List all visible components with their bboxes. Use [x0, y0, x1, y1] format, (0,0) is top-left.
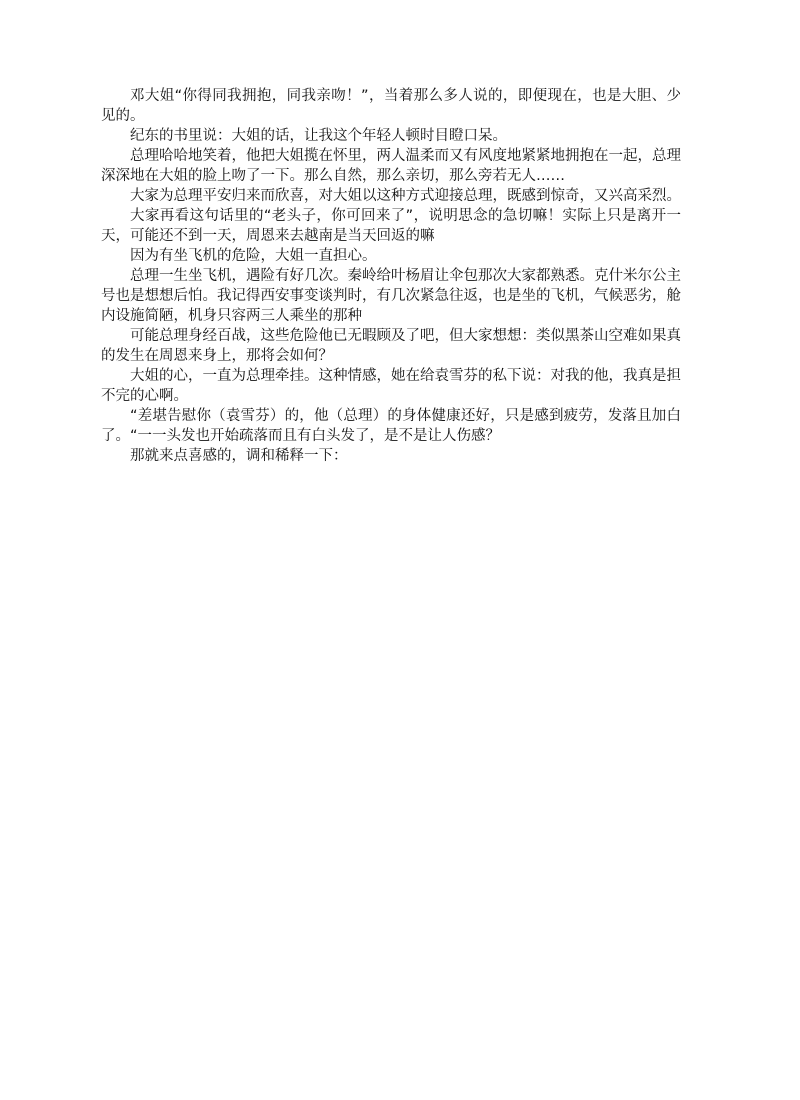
paragraph: 大家为总理平安归来而欣喜，对大姐以这种方式迎接总理，既感到惊奇，又兴高采烈。: [101, 186, 681, 206]
paragraph: 总理哈哈地笑着，他把大姐揽在怀里，两人温柔而又有风度地紧紧地拥抱在一起，总理深深…: [101, 146, 681, 186]
document-page: 邓大姐“你得同我拥抱，同我亲吻！”，当着那么多人说的，即便现在，也是大胆、少见的…: [101, 86, 681, 466]
paragraph: 大家再看这句话里的“老头子，你可回来了”，说明思念的急切嘛！实际上只是离开一天，…: [101, 206, 681, 246]
paragraph: 可能总理身经百战，这些危险他已无暇顾及了吧，但大家想想：类似黑茶山空难如果真的发…: [101, 326, 681, 366]
paragraph: “差堪告慰你（袁雪芬）的，他（总理）的身体健康还好，只是感到疲劳，发落且加白了。…: [101, 406, 681, 446]
paragraph: 大姐的心，一直为总理牵挂。这种情感，她在给袁雪芬的私下说：对我的他，我真是担不完…: [101, 366, 681, 406]
paragraph: 那就来点喜感的，调和稀释一下：: [101, 446, 681, 466]
paragraph: 邓大姐“你得同我拥抱，同我亲吻！”，当着那么多人说的，即便现在，也是大胆、少见的…: [101, 86, 681, 126]
paragraph: 因为有坐飞机的危险，大姐一直担心。: [101, 246, 681, 266]
paragraph: 纪东的书里说：大姐的话，让我这个年轻人顿时目瞪口呆。: [101, 126, 681, 146]
paragraph: 总理一生坐飞机，遇险有好几次。秦岭给叶杨眉让伞包那次大家都熟悉。克什米尔公主号也…: [101, 266, 681, 326]
